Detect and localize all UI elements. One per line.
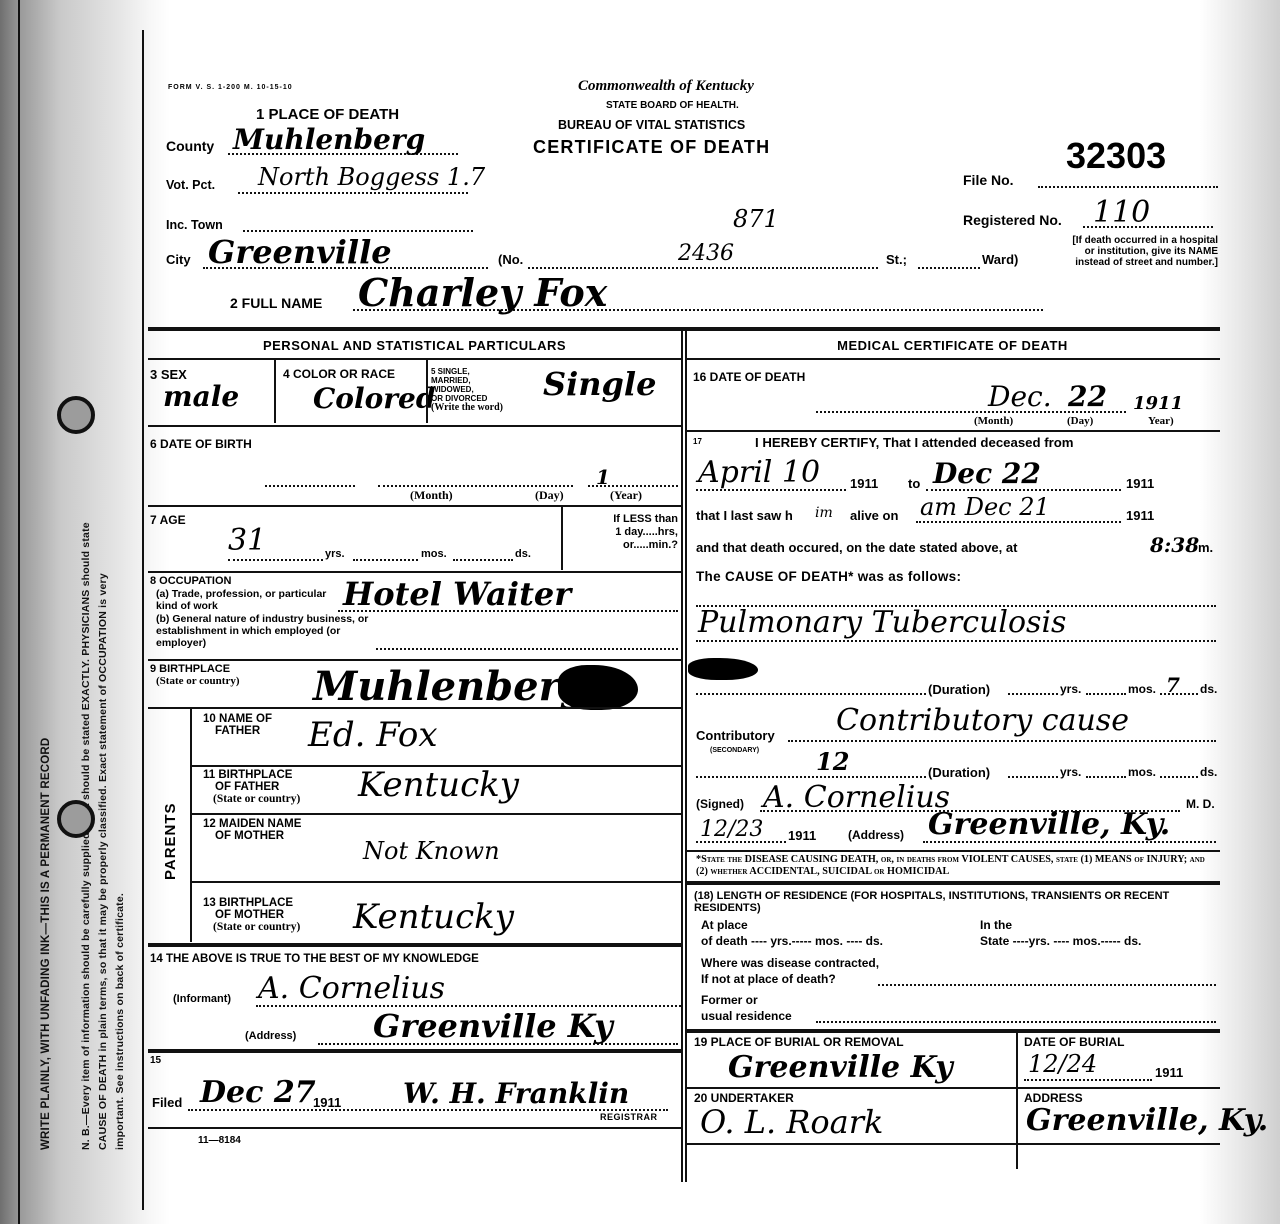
informant-address-label: (Address) — [245, 1030, 296, 1042]
attended-from-year: 1911 — [850, 476, 878, 491]
father-birthplace-label: 11 BIRTHPLACE OF FATHER (State or countr… — [203, 769, 300, 805]
dod-month-label: (Month) — [974, 415, 1013, 427]
dod-year-label: Year) — [1148, 415, 1174, 427]
residence-in-the: In the — [980, 918, 1012, 932]
certify-text: I HEREBY CERTIFY, That I attended deceas… — [755, 435, 1074, 450]
last-saw-pronoun[interactable]: im — [815, 505, 833, 521]
to-label: to — [908, 476, 920, 491]
color-label: 4 COLOR OR RACE — [283, 367, 395, 381]
mother-birthplace-label-1: 13 BIRTHPLACE — [203, 897, 300, 909]
contributory-label: Contributory — [696, 728, 775, 743]
occupation-value[interactable]: Hotel Waiter — [343, 575, 571, 613]
row-divider-dod — [685, 430, 1220, 432]
father-name-label-2: FATHER — [203, 725, 272, 737]
marital-married-label: MARRIED, — [431, 376, 503, 385]
cause-footnote: *State the DISEASE CAUSING DEATH, or, in… — [696, 854, 1216, 878]
sex-divider — [274, 358, 276, 423]
informant-label: (Informant) — [173, 993, 231, 1005]
row-divider-dob — [148, 505, 681, 507]
age-mos-label: mos. — [421, 548, 447, 560]
personal-title-divider — [148, 358, 681, 360]
margin-instructions-3: important. See instructions on back of c… — [114, 893, 126, 1150]
ink-blot-2 — [688, 658, 758, 680]
age-ds-label: ds. — [515, 548, 531, 560]
duration-mos-line-1 — [1086, 693, 1126, 695]
header-divider — [148, 327, 1220, 331]
undertaker-value[interactable]: O. L. Roark — [700, 1103, 883, 1141]
mother-name-value[interactable]: Not Known — [363, 837, 500, 865]
street-number-value[interactable]: 2436 — [678, 241, 734, 266]
mother-birthplace-label: 13 BIRTHPLACE OF MOTHER (State or countr… — [203, 897, 300, 933]
house-number-above[interactable]: 871 — [733, 205, 779, 233]
duration-mos-2: mos. — [1128, 765, 1156, 779]
informant-value[interactable]: A. Cornelius — [258, 971, 445, 1006]
row-divider-parents — [148, 943, 681, 947]
residence-state: State ----yrs. ---- mos.----- ds. — [980, 934, 1141, 948]
color-divider — [426, 358, 428, 423]
attended-to-value[interactable]: Dec 22 — [933, 457, 1041, 490]
last-saw-line — [916, 521, 1121, 523]
full-name-value[interactable]: Charley Fox — [358, 270, 607, 315]
duration-ds-1: ds. — [1200, 682, 1217, 696]
occupation-b-label: (b) General nature of industry business,… — [156, 613, 381, 649]
informant-statement: 14 THE ABOVE IS TRUE TO THE BEST OF MY K… — [150, 953, 479, 965]
mother-birthplace-label-3: (State or country) — [203, 921, 300, 933]
row-divider-father-birthplace — [190, 813, 681, 815]
burial-date-label: DATE OF BURIAL — [1024, 1035, 1124, 1049]
contributory-value[interactable]: Contributory cause — [836, 703, 1129, 738]
medical-title-divider — [685, 358, 1220, 360]
residence-former: Former or — [701, 993, 758, 1007]
punch-hole-top — [57, 396, 95, 434]
burial-place-value[interactable]: Greenville Ky — [728, 1050, 953, 1085]
signed-address-label: (Address) — [848, 828, 904, 842]
row-divider-footnote — [685, 881, 1220, 885]
mother-name-label-2: OF MOTHER — [203, 830, 301, 842]
county-value[interactable]: Muhlenberg — [233, 123, 425, 156]
duration-yrs-1: yrs. — [1060, 682, 1081, 696]
occupation-a-label: (a) Trade, profession, or particular kin… — [156, 588, 346, 612]
birthplace-label: 9 BIRTHPLACE — [150, 663, 230, 675]
cause-value[interactable]: Pulmonary Tuberculosis — [698, 605, 1066, 640]
vot-pct-label: Vot. Pct. — [166, 178, 215, 192]
duration-yrs-2: yrs. — [1060, 765, 1081, 779]
undertaker-address-value[interactable]: Greenville, Ky. — [1026, 1103, 1268, 1138]
duration-mos-1: mos. — [1128, 682, 1156, 696]
registrar-label: REGISTRAR — [600, 1113, 658, 1122]
center-divider-2 — [685, 327, 687, 1182]
father-birthplace-label-2: OF FATHER — [203, 781, 300, 793]
duration-mos-line-2 — [1086, 776, 1126, 778]
age-mos-line — [353, 559, 418, 561]
commonwealth-title: Commonwealth of Kentucky — [578, 78, 754, 95]
contributory-line — [788, 740, 1216, 742]
burial-date-year: 1911 — [1155, 1065, 1183, 1080]
certificate-title: CERTIFICATE OF DEATH — [533, 137, 770, 158]
dod-year-value[interactable]: 1911 — [1133, 393, 1183, 414]
filed-date-value[interactable]: Dec 27 — [200, 1075, 316, 1110]
mother-birthplace-value[interactable]: Kentucky — [353, 897, 514, 937]
father-name-label-1: 10 NAME OF — [203, 713, 272, 725]
burial-divider — [1016, 1029, 1018, 1169]
hospital-note: [If death occurred in a hospital or inst… — [1068, 235, 1218, 268]
punch-hole-bottom — [57, 800, 95, 838]
filed-year: 1911 — [313, 1095, 341, 1110]
file-number-line — [1038, 186, 1218, 188]
residence-contracted-line — [878, 984, 1216, 986]
father-name-value[interactable]: Ed. Fox — [308, 715, 438, 755]
county-label: County — [166, 138, 214, 154]
informant-address-value[interactable]: Greenville Ky — [373, 1007, 613, 1045]
full-name-label: 2 FULL NAME — [230, 295, 322, 311]
last-saw-year: 1911 — [1126, 508, 1154, 523]
occupation-b-line — [376, 648, 678, 650]
marital-hint: (Write the word) — [431, 403, 503, 412]
marital-label: 5 SINGLE, MARRIED, WIDOWED, OR DIVORCED … — [431, 367, 503, 412]
dob-value[interactable]: 1 — [596, 465, 610, 489]
occupation-label: 8 OCCUPATION — [150, 575, 232, 587]
row-divider-occupation — [148, 659, 681, 661]
row-divider-informant — [148, 1049, 681, 1053]
duration-ds-2: ds. — [1200, 765, 1217, 779]
ward-label: Ward) — [982, 252, 1018, 267]
row-divider-filed — [148, 1127, 681, 1129]
sex-value[interactable]: male — [163, 380, 239, 413]
medical-section-title: MEDICAL CERTIFICATE OF DEATH — [685, 338, 1220, 353]
age-yrs-label: yrs. — [325, 548, 345, 560]
duration-line-1 — [696, 693, 926, 695]
alive-on-label: alive on — [850, 508, 898, 523]
form-code: FORM V. S. 1-200 M. 10-15-10 — [168, 83, 293, 92]
less-than-day: If LESS than 1 day.....hrs, or.....min.? — [568, 513, 678, 552]
row-divider-residence — [685, 1029, 1220, 1033]
dob-month-label: (Month) — [410, 488, 453, 503]
row-divider-signed — [685, 850, 1220, 852]
duration-label-1: (Duration) — [928, 682, 990, 697]
last-saw-value[interactable]: am Dec 21 — [920, 493, 1050, 521]
street-number-label: (No. — [498, 252, 523, 267]
md-label: M. D. — [1186, 797, 1215, 811]
board-title: STATE BOARD OF HEALTH. — [606, 100, 739, 111]
age-divider — [561, 505, 563, 570]
dod-day-label: (Day) — [1067, 415, 1093, 427]
mother-name-label: 12 MAIDEN NAME OF MOTHER — [203, 818, 301, 842]
residence-where-contracted: Where was disease contracted, — [701, 956, 879, 970]
father-birthplace-label-1: 11 BIRTHPLACE — [203, 769, 300, 781]
signed-label: (Signed) — [696, 797, 744, 811]
age-label: 7 AGE — [150, 513, 186, 527]
signed-year: 1911 — [788, 828, 816, 843]
marital-widowed-label: WIDOWED, — [431, 385, 503, 394]
dod-month-value[interactable]: Dec. — [988, 380, 1052, 413]
signed-address-value[interactable]: Greenville, Ky. — [928, 807, 1170, 842]
inc-town-label: Inc. Town — [166, 218, 223, 232]
death-time-suffix: m. — [1198, 540, 1213, 555]
burial-date-line — [1024, 1079, 1152, 1081]
signed-date-value[interactable]: 12/23 — [700, 817, 763, 842]
father-birthplace-label-3: (State or country) — [203, 793, 300, 805]
row-divider-mother — [190, 881, 681, 883]
marital-single-label: 5 SINGLE, — [431, 367, 503, 376]
residence-usual: usual residence — [701, 1009, 792, 1023]
duration-ds-line-2 — [1160, 776, 1198, 778]
filed-label: Filed — [152, 1095, 182, 1110]
registered-number-value[interactable]: 110 — [1093, 195, 1150, 230]
burial-date-value[interactable]: 12/24 — [1028, 1050, 1097, 1078]
vot-pct-line — [238, 192, 468, 194]
residence-of-death: of death ---- yrs.----- mos. ---- ds. — [701, 934, 883, 948]
residence-if-not: If not at place of death? — [701, 972, 836, 986]
dob-label: 6 DATE OF BIRTH — [150, 437, 252, 451]
dob-year-label: (Year) — [610, 488, 642, 503]
birthplace-sub-label: (State or country) — [156, 675, 240, 687]
registrar-value[interactable]: W. H. Franklin — [403, 1077, 629, 1110]
street-label: St.; — [886, 252, 907, 267]
birthplace-value[interactable]: Muhlenberg — [313, 663, 588, 710]
attended-to-year: 1911 — [1126, 476, 1154, 491]
age-value[interactable]: 31 — [228, 523, 266, 558]
row-divider-undertaker — [685, 1143, 1220, 1145]
ink-blot — [558, 665, 638, 710]
color-value[interactable]: Colored — [313, 382, 435, 415]
vot-pct-value[interactable]: North Boggess 1.7 — [258, 163, 485, 191]
city-value[interactable]: Greenville — [208, 233, 392, 271]
age-yrs-line — [228, 559, 323, 561]
less-than-min: or.....min.? — [568, 539, 678, 552]
row-divider-age — [148, 571, 681, 573]
place-of-death-label: 1 PLACE OF DEATH — [256, 106, 399, 123]
less-than-label: If LESS than — [568, 513, 678, 526]
city-label: City — [166, 252, 191, 267]
margin-instructions-2: CAUSE OF DEATH in plain terms, so that i… — [97, 573, 109, 1150]
dod-label: 16 DATE OF DEATH — [693, 370, 805, 384]
mother-name-label-1: 12 MAIDEN NAME — [203, 818, 301, 830]
margin-border — [142, 30, 144, 1210]
certify-number: 17 — [693, 437, 702, 446]
cause-line-2 — [696, 640, 1216, 642]
row-divider-burial — [685, 1087, 1220, 1089]
parents-divider — [190, 707, 192, 942]
less-than-hrs: 1 day.....hrs, — [568, 526, 678, 539]
father-birthplace-value[interactable]: Kentucky — [358, 765, 519, 805]
file-number-label: File No. — [963, 172, 1014, 188]
bureau-title: BUREAU OF VITAL STATISTICS — [558, 118, 745, 132]
duration-ds-line-1 — [1160, 693, 1198, 695]
attended-from-value[interactable]: April 10 — [698, 455, 820, 490]
inc-town-line — [243, 230, 473, 232]
death-time-value[interactable]: 8:38 — [1150, 533, 1199, 557]
marital-value[interactable]: Single — [543, 365, 656, 403]
dod-day-value[interactable]: 22 — [1068, 380, 1107, 413]
last-saw-text: that I last saw h — [696, 508, 793, 523]
row-divider-sex — [148, 425, 681, 427]
secondary-label: (SECONDARY) — [710, 746, 759, 755]
center-divider — [681, 327, 683, 1182]
residence-title: (18) LENGTH OF RESIDENCE (FOR HOSPITALS,… — [694, 890, 1219, 914]
residence-at-place: At place — [701, 918, 748, 932]
registered-number-label: Registered No. — [963, 212, 1062, 228]
death-certificate-form: FORM V. S. 1-200 M. 10-15-10 1 PLACE OF … — [148, 75, 1223, 1170]
duration-line-2 — [696, 776, 926, 778]
residence-usual-line — [816, 1021, 1216, 1023]
mother-birthplace-label-2: OF MOTHER — [203, 909, 300, 921]
dob-day-label: (Day) — [535, 488, 564, 503]
filed-number: 15 — [150, 1055, 161, 1066]
personal-section-title: PERSONAL AND STATISTICAL PARTICULARS — [148, 338, 681, 353]
signed-value[interactable]: A. Cornelius — [763, 780, 950, 815]
parents-label: PARENTS — [162, 802, 179, 880]
duration-yrs-line-1 — [1008, 693, 1058, 695]
margin-permanent-record: WRITE PLAINLY, WITH UNFADING INK—THIS IS… — [40, 738, 52, 1150]
contributory-duration-value[interactable]: 12 — [816, 747, 849, 776]
dob-line-2 — [378, 485, 573, 487]
duration-yrs-line-2 — [1008, 776, 1058, 778]
ward-line — [918, 267, 980, 269]
death-time-text: and that death occured, on the date stat… — [696, 540, 1017, 555]
burial-place-label: 19 PLACE OF BURIAL OR REMOVAL — [694, 1035, 904, 1049]
row-divider-birthplace — [148, 707, 681, 709]
left-margin: WRITE PLAINLY, WITH UNFADING INK—THIS IS… — [0, 0, 150, 1224]
street-line — [528, 267, 878, 269]
print-code: 11—8184 — [198, 1135, 241, 1146]
file-number-value: 32303 — [1066, 135, 1166, 177]
age-ds-line — [453, 559, 513, 561]
cause-label: The CAUSE OF DEATH* was as follows: — [696, 569, 961, 584]
father-name-label: 10 NAME OF FATHER — [203, 713, 272, 737]
duration-label-2: (Duration) — [928, 765, 990, 780]
page-edge-line — [18, 0, 20, 1224]
dob-line-1 — [265, 485, 355, 487]
